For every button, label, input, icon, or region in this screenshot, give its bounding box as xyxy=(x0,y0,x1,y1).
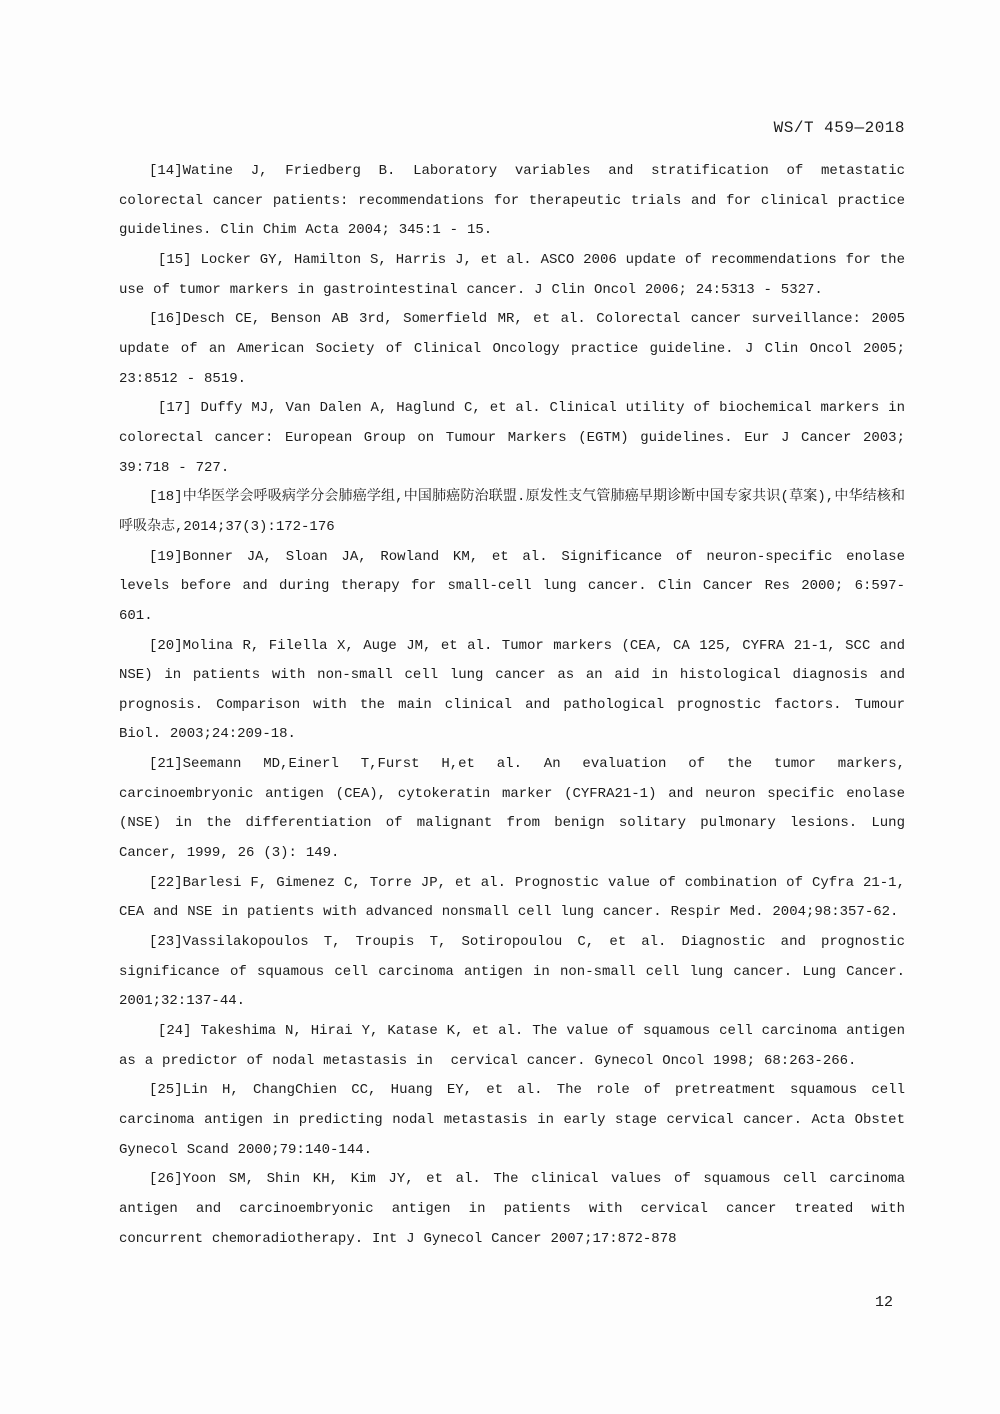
reference-item: [26]Yoon SM, Shin KH, Kim JY, et al. The… xyxy=(119,1165,905,1254)
page-number: 12 xyxy=(875,1294,893,1311)
reference-item: [15] Locker GY, Hamilton S, Harris J, et… xyxy=(119,246,905,305)
reference-item: [24] Takeshima N, Hirai Y, Katase K, et … xyxy=(119,1017,905,1076)
reference-item: [14]Watine J, Friedberg B. Laboratory va… xyxy=(119,157,905,246)
reference-item: [25]Lin H, ChangChien CC, Huang EY, et a… xyxy=(119,1076,905,1165)
reference-item: [23]Vassilakopoulos T, Troupis T, Sotiro… xyxy=(119,928,905,1017)
reference-item: [22]Barlesi F, Gimenez C, Torre JP, et a… xyxy=(119,869,905,928)
reference-item: [21]Seemann MD,Einerl T,Furst H,et al. A… xyxy=(119,750,905,869)
reference-item: [17] Duffy MJ, Van Dalen A, Haglund C, e… xyxy=(119,394,905,483)
references-list: [14]Watine J, Friedberg B. Laboratory va… xyxy=(119,157,905,1254)
reference-item: [19]Bonner JA, Sloan JA, Rowland KM, et … xyxy=(119,543,905,632)
reference-item: [18]中华医学会呼吸病学分会肺癌学组,中国肺癌防治联盟.原发性支气管肺癌早期诊… xyxy=(119,483,905,542)
reference-item: [16]Desch CE, Benson AB 3rd, Somerfield … xyxy=(119,305,905,394)
standard-code-header: WS/T 459—2018 xyxy=(774,119,905,137)
reference-item: [20]Molina R, Filella X, Auge JM, et al.… xyxy=(119,632,905,751)
document-page: WS/T 459—2018 [14]Watine J, Friedberg B.… xyxy=(0,0,1000,1414)
